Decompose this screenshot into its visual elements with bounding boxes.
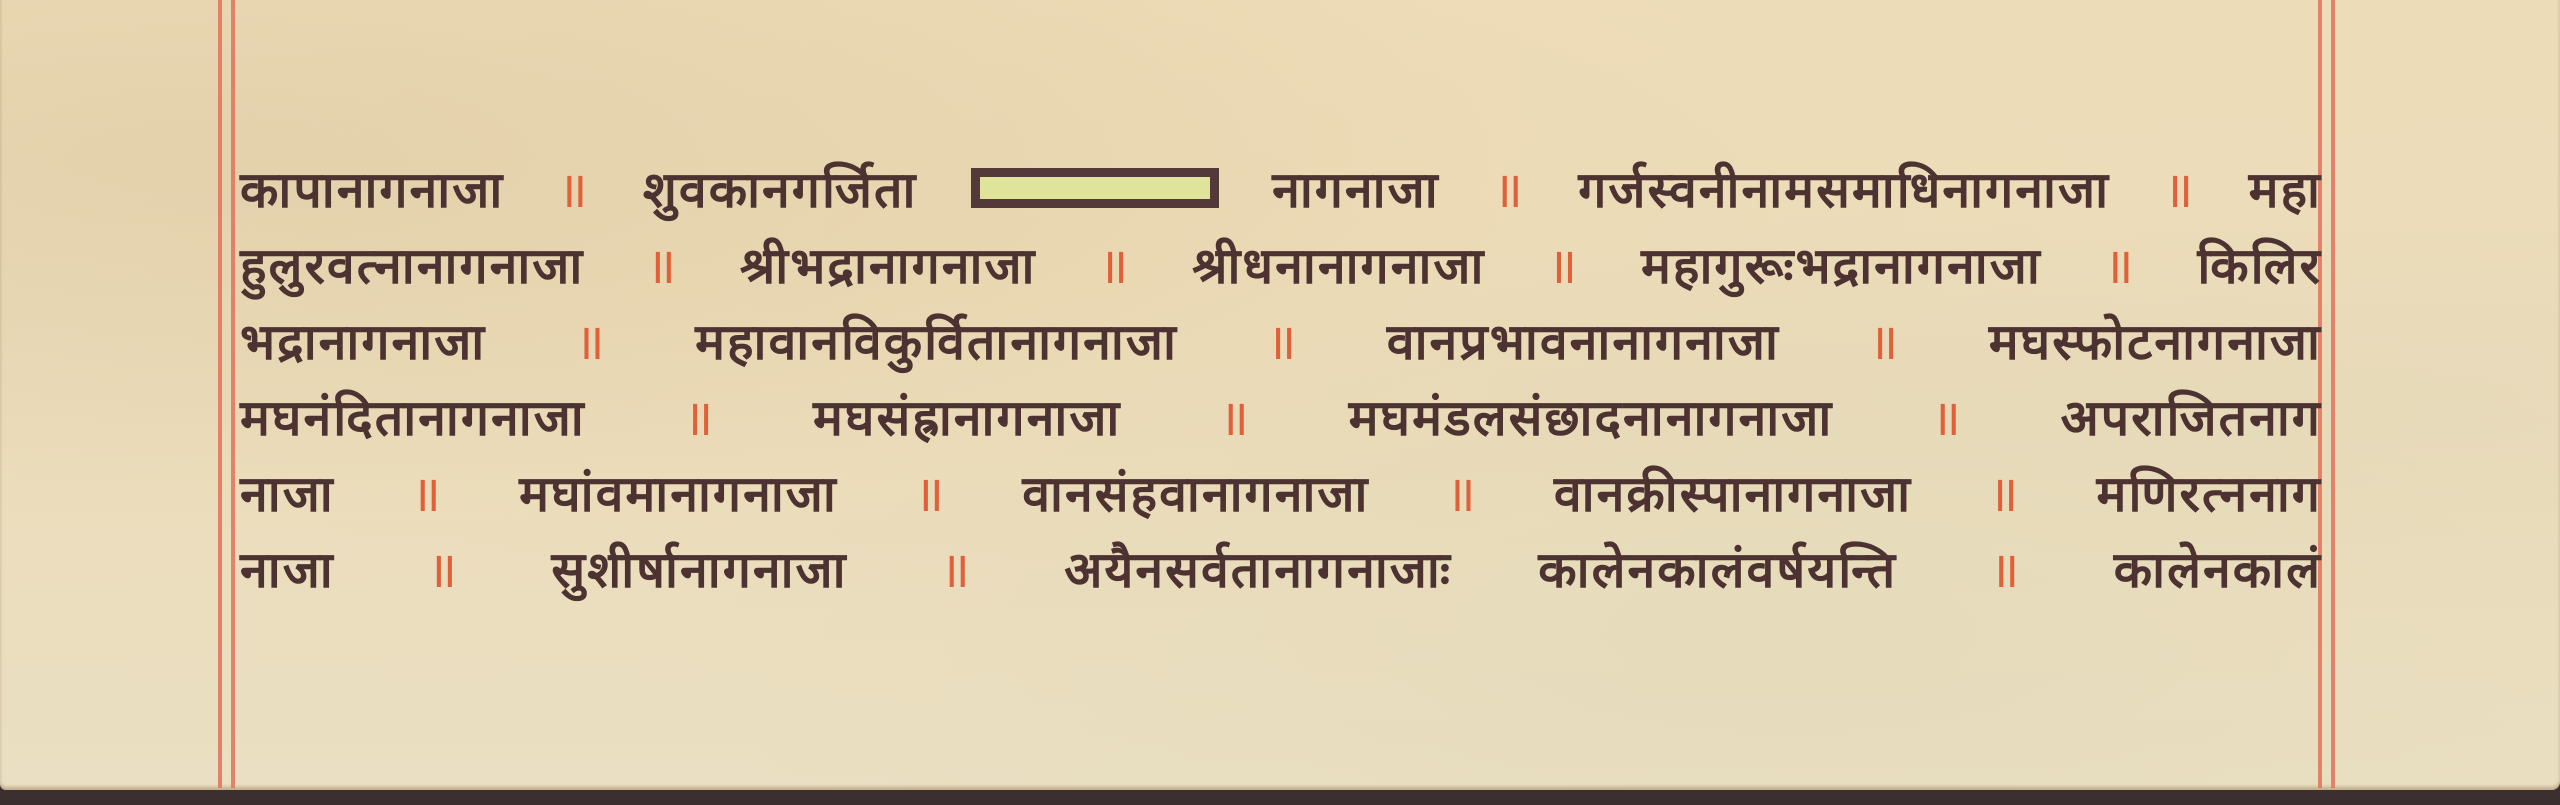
double-danda: ॥ (934, 534, 978, 602)
double-danda: ॥ (405, 458, 449, 526)
text-segment: कालेनकालं (2114, 534, 2322, 602)
text-segment: महागुरूःभद्रानागनाजा (1641, 230, 2042, 298)
text-segment: किलिर (2197, 230, 2322, 298)
text-segment: मघस्फोटनागनाजा (1989, 306, 2322, 374)
double-danda: ॥ (552, 154, 596, 222)
text-segment: श्रीभद्रानागनाजा (740, 230, 1037, 298)
text-segment: नाजा (240, 458, 335, 526)
text-line-5: नाजा ॥ मघांवमानागनाजा ॥ वानसंहवानागनाजा … (240, 454, 2322, 530)
text-segment: मघमंडलसंछादनानागनाजा (1349, 382, 1834, 450)
text-segment: हुलुरवत्नानागनाजा (240, 230, 584, 298)
text-segment: नाजा (240, 534, 335, 602)
double-danda: ॥ (421, 534, 465, 602)
double-danda: ॥ (1982, 458, 2026, 526)
text-segment: कापानागनाजा (240, 154, 504, 222)
text-segment: वानसंहवानागनाजा (1022, 458, 1369, 526)
double-danda: ॥ (1541, 230, 1585, 298)
double-danda: ॥ (569, 306, 613, 374)
double-danda: ॥ (1092, 230, 1136, 298)
text-segment: वानप्रभावनानागनाजा (1387, 306, 1780, 374)
manuscript-page: कापानागनाजा ॥ शुवकानगर्जिता नागनाजा ॥ गर… (0, 0, 2560, 790)
text-segment: भद्रानागनाजा (240, 306, 486, 374)
double-danda: ॥ (908, 458, 952, 526)
manuscript-text: कापानागनाजा ॥ शुवकानगर्जिता नागनाजा ॥ गर… (240, 150, 2322, 606)
text-segment: शुवकानगर्जिता (643, 154, 918, 222)
left-margin-line-inner (231, 0, 235, 788)
text-segment: श्रीधनानागनाजा (1192, 230, 1485, 298)
text-line-1: कापानागनाजा ॥ शुवकानगर्जिता नागनाजा ॥ गर… (240, 150, 2322, 226)
text-line-2: हुलुरवत्नानागनाजा ॥ श्रीभद्रानागनाजा ॥ श… (240, 226, 2322, 302)
double-danda: ॥ (1487, 154, 1531, 222)
double-danda: ॥ (1440, 458, 1484, 526)
highlighted-blank-box (971, 168, 1219, 208)
right-margin-line-outer (2331, 0, 2335, 788)
text-segment: अयैनसर्वतानागनाजाः (1064, 534, 1452, 602)
text-segment: मणिरत्ननाग (2097, 458, 2322, 526)
double-danda: ॥ (640, 230, 684, 298)
text-segment: गर्जस्वनीनामसमाधिनागनाजा (1578, 154, 2110, 222)
text-line-3: भद्रानागनाजा ॥ महावानविकुर्वितानागनाजा ॥… (240, 302, 2322, 378)
text-segment: अपराजितनाग (2061, 382, 2322, 450)
left-margin-line-outer (218, 0, 222, 788)
double-danda: ॥ (1213, 382, 1257, 450)
text-segment: मघनंदितानागनाजा (240, 382, 586, 450)
text-line-4: मघनंदितानागनाजा ॥ मघसंह्रानागनाजा ॥ मघमं… (240, 378, 2322, 454)
text-line-6: नाजा ॥ सुशीर्षानागनाजा ॥ अयैनसर्वतानागना… (240, 530, 2322, 606)
background-edge (0, 790, 2560, 805)
text-segment: मघांवमानागनाजा (519, 458, 838, 526)
double-danda: ॥ (1925, 382, 1969, 450)
text-segment: कालेनकालंवर्षयन्ति (1538, 534, 1897, 602)
double-danda: ॥ (2157, 154, 2201, 222)
text-segment: महा (2249, 154, 2322, 222)
double-danda: ॥ (1260, 306, 1304, 374)
text-segment: नागनाजा (1272, 154, 1440, 222)
double-danda: ॥ (1983, 534, 2027, 602)
double-danda: ॥ (2098, 230, 2142, 298)
double-danda: ॥ (677, 382, 721, 450)
text-segment: मघसंह्रानागनाजा (813, 382, 1121, 450)
text-segment: महावानविकुर्वितानागनाजा (695, 306, 1178, 374)
double-danda: ॥ (1862, 306, 1906, 374)
text-segment: वानक्रीस्पानागनाजा (1554, 458, 1912, 526)
text-segment: सुशीर्षानागनाजा (551, 534, 847, 602)
